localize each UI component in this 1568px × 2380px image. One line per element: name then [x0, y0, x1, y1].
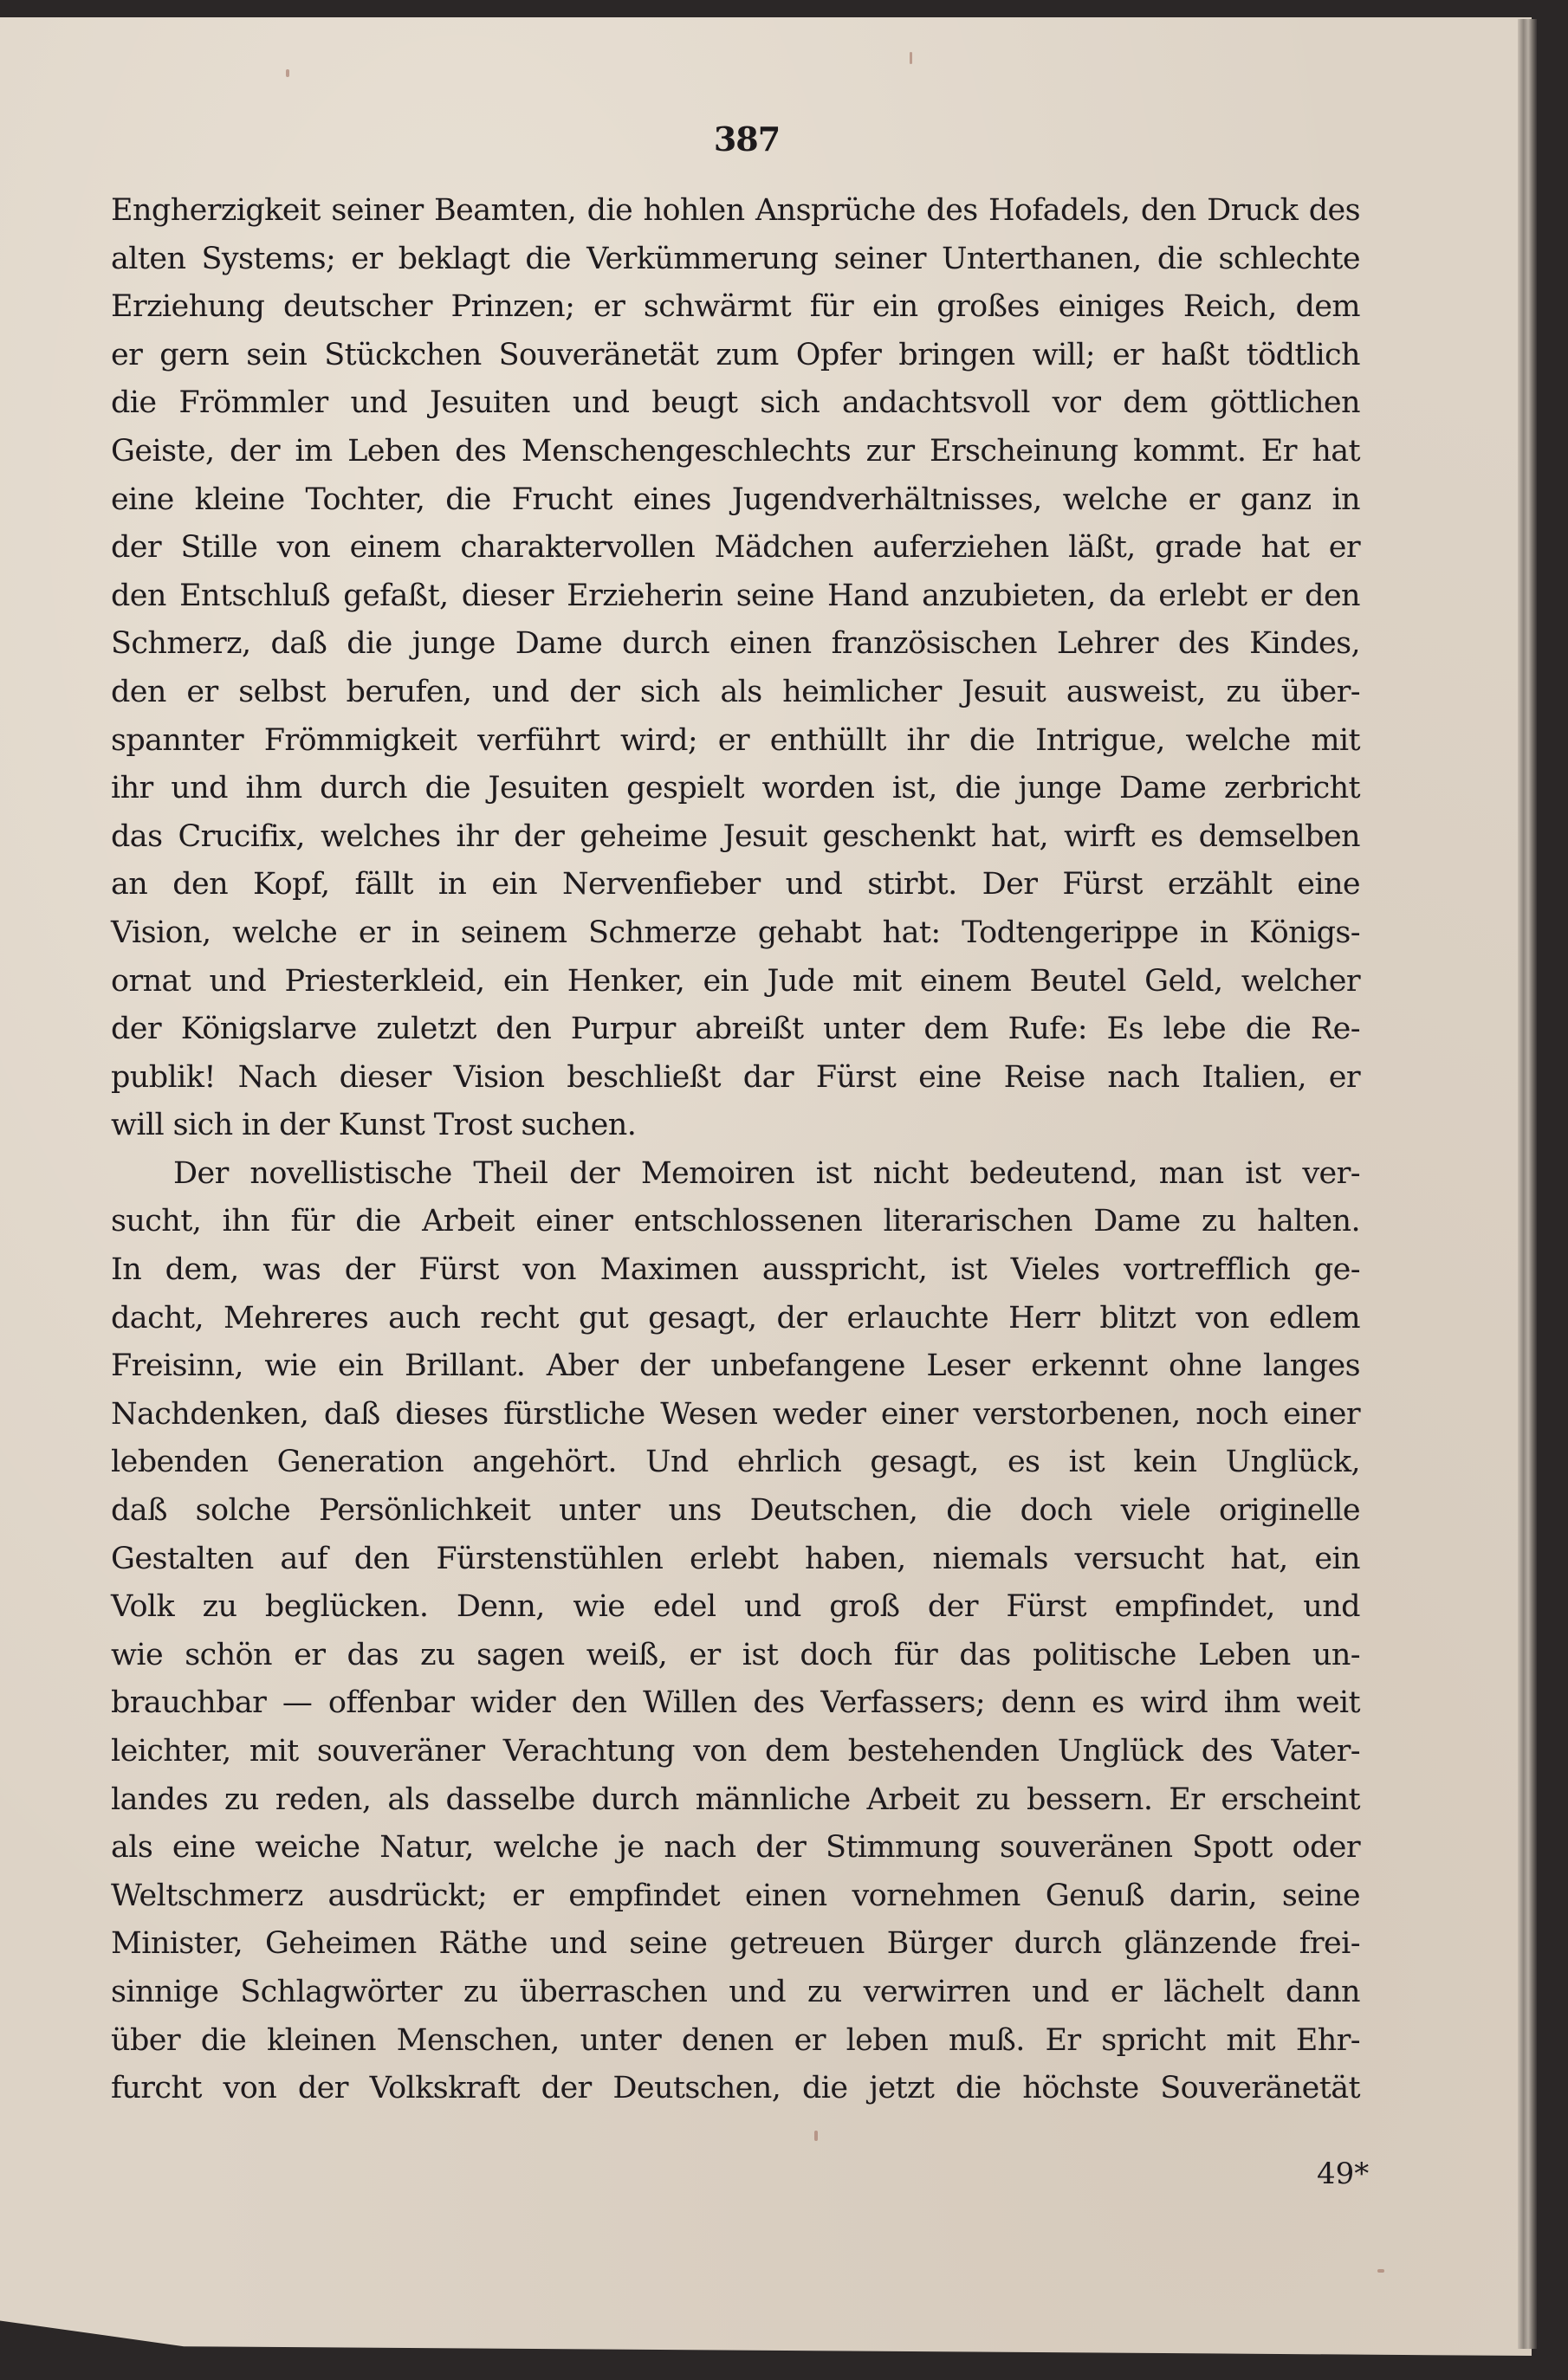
text-line: landes zu reden, als dasselbe durch männ… — [111, 1776, 1360, 1825]
text-line: Freisinn, wie ein Brillant. Aber der unb… — [111, 1342, 1360, 1391]
text-line: alten Systems; er beklagt die Verkümmeru… — [111, 236, 1360, 284]
text-line: wie schön er das zu sagen weiß, er ist d… — [111, 1632, 1360, 1680]
text-line: das Crucifix, welches ihr der geheime Je… — [111, 813, 1360, 862]
text-line: als eine weiche Natur, welche je nach de… — [111, 1824, 1360, 1872]
text-line: Gestalten auf den Fürstenstühlen erlebt … — [111, 1536, 1360, 1584]
text-line: Engherzigkeit seiner Beamten, die hohlen… — [111, 187, 1360, 236]
text-line: brauchbar — offenbar wider den Willen de… — [111, 1679, 1360, 1728]
paper-sheet: 387 Engherzigkeit seiner Beamten, die ho… — [0, 17, 1532, 2356]
paper-speck — [1377, 2269, 1384, 2273]
text-line: sinnige Schlagwörter zu überraschen und … — [111, 1969, 1360, 2017]
text-line: Schmerz, daß die junge Dame durch einen … — [111, 620, 1360, 669]
text-line: den Entschluß gefaßt, dieser Erzieherin … — [111, 572, 1360, 621]
text-line: Erziehung deutscher Prinzen; er schwärmt… — [111, 283, 1360, 332]
text-line: er gern sein Stückchen Souveränetät zum … — [111, 332, 1360, 380]
text-line: In dem, was der Fürst von Maximen ausspr… — [111, 1246, 1360, 1295]
text-line: ihr und ihm durch die Jesuiten gespielt … — [111, 765, 1360, 813]
text-line: Minister, Geheimen Räthe und seine getre… — [111, 1920, 1360, 1969]
text-line: publik! Nach dieser Vision beschließt da… — [111, 1054, 1360, 1103]
text-line: über die kleinen Menschen, unter denen e… — [111, 2017, 1360, 2066]
scanned-page: 387 Engherzigkeit seiner Beamten, die ho… — [0, 0, 1568, 2380]
text-line: Vision, welche er in seinem Schmerze geh… — [111, 909, 1360, 958]
text-line: spannter Frömmigkeit verführt wird; er e… — [111, 717, 1360, 766]
paragraph-end-line: will sich in der Kunst Trost suchen. — [111, 1102, 1360, 1150]
text-line: an den Kopf, fällt in ein Nervenfieber u… — [111, 861, 1360, 909]
text-line: Nachdenken, daß dieses fürstliche Wesen … — [111, 1391, 1360, 1439]
text-line: der Stille von einem charaktervollen Mäd… — [111, 524, 1360, 572]
text-line: daß solche Persönlichkeit unter uns Deut… — [111, 1487, 1360, 1536]
text-line: Volk zu beglücken. Denn, wie edel und gr… — [111, 1583, 1360, 1632]
text-line: furcht von der Volkskraft der Deutschen,… — [111, 2065, 1360, 2113]
body-text: Engherzigkeit seiner Beamten, die hohlen… — [111, 187, 1360, 2113]
text-line: leichter, mit souveräner Verachtung von … — [111, 1728, 1360, 1776]
text-line: der Königslarve zuletzt den Purpur abrei… — [111, 1006, 1360, 1054]
text-line: ornat und Priesterkleid, ein Henker, ein… — [111, 958, 1360, 1006]
text-line: den er selbst berufen, und der sich als … — [111, 669, 1360, 717]
paper-speck — [814, 2131, 818, 2141]
page-number: 387 — [0, 120, 1493, 158]
text-line: die Frömmler und Jesuiten und beugt sich… — [111, 379, 1360, 428]
text-line: lebenden Generation angehört. Und ehrlic… — [111, 1439, 1360, 1487]
paragraph-start-line: Der novellistische Theil der Memoiren is… — [111, 1150, 1360, 1199]
paper-speck — [286, 69, 289, 77]
signature-mark: 49* — [1317, 2157, 1369, 2191]
paper-speck — [910, 52, 912, 64]
text-line: Geiste, der im Leben des Menschengeschle… — [111, 428, 1360, 476]
text-line: eine kleine Tochter, die Frucht eines Ju… — [111, 476, 1360, 525]
text-line: sucht, ihn für die Arbeit einer entschlo… — [111, 1198, 1360, 1246]
text-line: Weltschmerz ausdrückt; er empfindet eine… — [111, 1872, 1360, 1921]
page-edge-stack — [1518, 19, 1537, 2349]
text-line: dacht, Mehreres auch recht gut gesagt, d… — [111, 1295, 1360, 1343]
